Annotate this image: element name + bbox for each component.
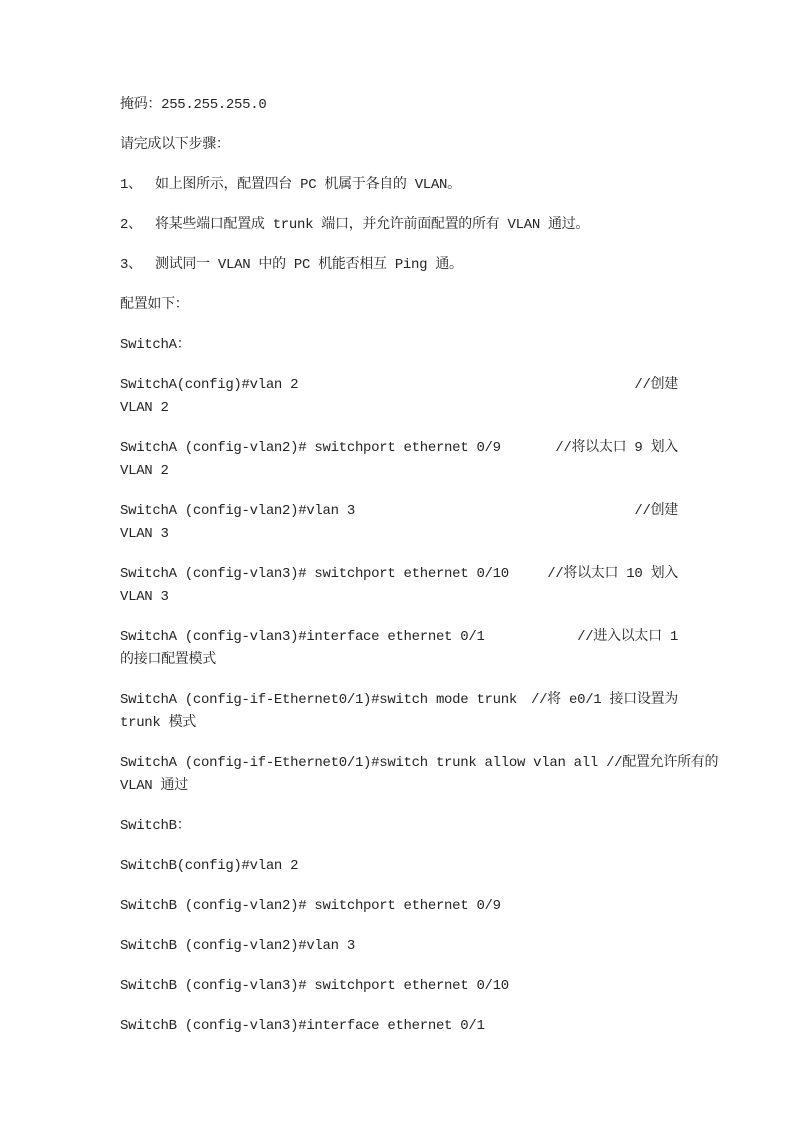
config-title: 配置如下： bbox=[120, 294, 678, 317]
command-wrap-line: VLAN 2 bbox=[120, 460, 678, 483]
command-wrap-line: VLAN 2 bbox=[120, 397, 678, 420]
section-title: SwitchA： bbox=[120, 334, 678, 357]
step-item: 1、如上图所示，配置四台 PC 机属于各自的 VLAN。 bbox=[120, 174, 678, 197]
command-block: SwitchB (config-vlan2)# switchport ether… bbox=[120, 895, 678, 918]
step-number: 1、 bbox=[120, 174, 155, 197]
command-text: SwitchB (config-vlan2)# switchport ether… bbox=[120, 895, 501, 918]
command-comment: //将 e0/1 接口设置为 bbox=[531, 689, 678, 712]
command-text: SwitchA (config-vlan3)# switchport ether… bbox=[120, 563, 509, 586]
command-block: SwitchB (config-vlan2)#vlan 3 bbox=[120, 935, 678, 958]
command-comment: //创建 bbox=[634, 374, 678, 397]
document-page: 掩码：255.255.255.0 请完成以下步骤： 1、如上图所示，配置四台 P… bbox=[0, 0, 800, 1132]
command-text: SwitchB (config-vlan3)# switchport ether… bbox=[120, 975, 509, 998]
command-comment: //创建 bbox=[634, 500, 678, 523]
command-line: SwitchB (config-vlan3)#interface etherne… bbox=[120, 1015, 678, 1038]
command-block: SwitchA (config-vlan3)#interface etherne… bbox=[120, 626, 678, 672]
command-line: SwitchB (config-vlan2)#vlan 3 bbox=[120, 935, 678, 958]
command-block: SwitchA (config-vlan2)# switchport ether… bbox=[120, 437, 678, 483]
step-text: 如上图所示，配置四台 PC 机属于各自的 VLAN。 bbox=[155, 174, 678, 197]
mask-line: 掩码：255.255.255.0 bbox=[120, 94, 678, 117]
command-text: SwitchB(config)#vlan 2 bbox=[120, 855, 298, 878]
command-line: SwitchA(config)#vlan 2//创建 bbox=[120, 374, 678, 397]
command-block: SwitchA (config-vlan2)#vlan 3//创建VLAN 3 bbox=[120, 500, 678, 546]
command-block: SwitchA (config-if-Ethernet0/1)#switch t… bbox=[120, 752, 678, 798]
command-text: SwitchA (config-if-Ethernet0/1)#switch t… bbox=[120, 752, 718, 775]
command-wrap-line: VLAN 3 bbox=[120, 523, 678, 546]
command-text: SwitchB (config-vlan3)#interface etherne… bbox=[120, 1015, 485, 1038]
step-text: 将某些端口配置成 trunk 端口，并允许前面配置的所有 VLAN 通过。 bbox=[155, 214, 678, 237]
command-text: SwitchA(config)#vlan 2 bbox=[120, 374, 298, 397]
steps-title: 请完成以下步骤： bbox=[120, 134, 678, 157]
command-block: SwitchA(config)#vlan 2//创建VLAN 2 bbox=[120, 374, 678, 420]
command-wrap-line: 的接口配置模式 bbox=[120, 649, 678, 672]
step-item: 2、将某些端口配置成 trunk 端口，并允许前面配置的所有 VLAN 通过。 bbox=[120, 214, 678, 237]
command-line: SwitchA (config-if-Ethernet0/1)#switch t… bbox=[120, 752, 678, 775]
command-text: SwitchA (config-vlan2)# switchport ether… bbox=[120, 437, 501, 460]
command-line: SwitchB (config-vlan3)# switchport ether… bbox=[120, 975, 678, 998]
step-number: 2、 bbox=[120, 214, 155, 237]
command-block: SwitchB(config)#vlan 2 bbox=[120, 855, 678, 878]
command-block: SwitchB (config-vlan3)#interface etherne… bbox=[120, 1015, 678, 1038]
section-title: SwitchB： bbox=[120, 815, 678, 838]
command-text: SwitchB (config-vlan2)#vlan 3 bbox=[120, 935, 355, 958]
command-line: SwitchB(config)#vlan 2 bbox=[120, 855, 678, 878]
command-block: SwitchA (config-vlan3)# switchport ether… bbox=[120, 563, 678, 609]
command-comment: //将以太口 9 划入 bbox=[555, 437, 678, 460]
config-sections: SwitchA：SwitchA(config)#vlan 2//创建VLAN 2… bbox=[120, 334, 678, 1038]
command-line: SwitchB (config-vlan2)# switchport ether… bbox=[120, 895, 678, 918]
command-block: SwitchA (config-if-Ethernet0/1)#switch m… bbox=[120, 689, 678, 735]
command-comment: //将以太口 10 划入 bbox=[547, 563, 678, 586]
command-block: SwitchB (config-vlan3)# switchport ether… bbox=[120, 975, 678, 998]
command-line: SwitchA (config-vlan2)# switchport ether… bbox=[120, 437, 678, 460]
command-line: SwitchA (config-vlan2)#vlan 3//创建 bbox=[120, 500, 678, 523]
command-text: SwitchA (config-if-Ethernet0/1)#switch m… bbox=[120, 689, 517, 712]
command-line: SwitchA (config-if-Ethernet0/1)#switch m… bbox=[120, 689, 678, 712]
command-wrap-line: VLAN 3 bbox=[120, 586, 678, 609]
command-wrap-line: VLAN 通过 bbox=[120, 775, 678, 798]
command-comment: //进入以太口 1 bbox=[577, 626, 678, 649]
command-line: SwitchA (config-vlan3)#interface etherne… bbox=[120, 626, 678, 649]
step-number: 3、 bbox=[120, 254, 155, 277]
step-item: 3、测试同一 VLAN 中的 PC 机能否相互 Ping 通。 bbox=[120, 254, 678, 277]
command-text: SwitchA (config-vlan2)#vlan 3 bbox=[120, 500, 355, 523]
command-wrap-line: trunk 模式 bbox=[120, 712, 678, 735]
steps-list: 1、如上图所示，配置四台 PC 机属于各自的 VLAN。2、将某些端口配置成 t… bbox=[120, 174, 678, 277]
command-line: SwitchA (config-vlan3)# switchport ether… bbox=[120, 563, 678, 586]
document-content: 掩码：255.255.255.0 请完成以下步骤： 1、如上图所示，配置四台 P… bbox=[120, 94, 678, 1055]
step-text: 测试同一 VLAN 中的 PC 机能否相互 Ping 通。 bbox=[155, 254, 678, 277]
command-text: SwitchA (config-vlan3)#interface etherne… bbox=[120, 626, 485, 649]
